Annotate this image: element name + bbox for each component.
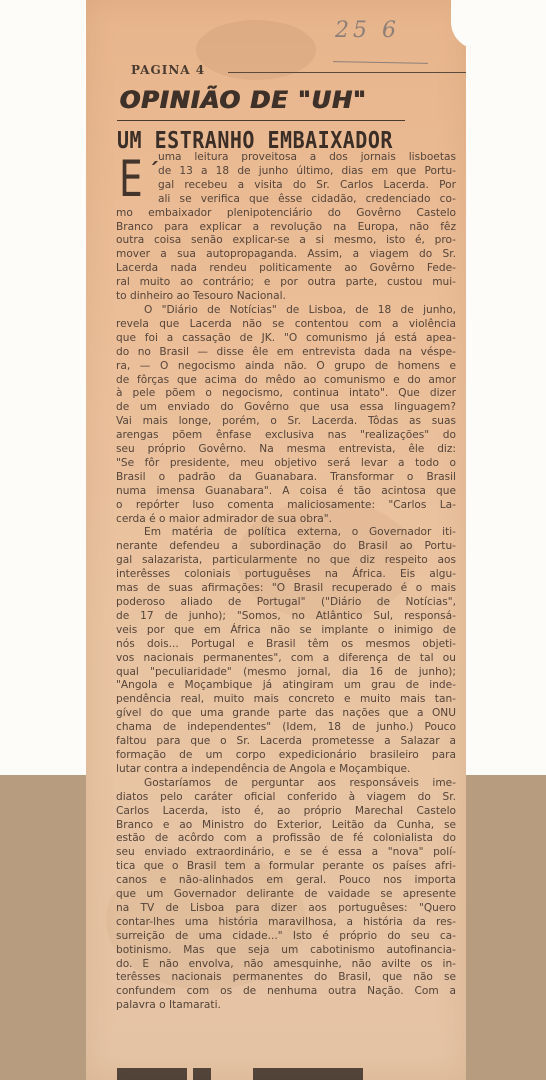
article-line: palavra o Itamarati. [116, 999, 456, 1013]
article-line: Em matéria de política externa, o Govern… [116, 526, 456, 540]
section-rule [117, 120, 405, 121]
article-line: Branco para explicar a revolução na Euro… [116, 221, 456, 235]
article-line: faltou para que o Sr. Lacerda prometesse… [116, 735, 456, 749]
article-line: ali se verifica que êsse cidadão, creden… [116, 193, 456, 207]
article-line: Branco e ao Ministro do Exterior, Leitão… [116, 819, 456, 833]
article-line: tica que o Brasil tem a formular perante… [116, 860, 456, 874]
article-line: poderoso aliado de Portugal" ("Diário de… [116, 596, 456, 610]
article-line: revela que Lacerda não se contentou com … [116, 318, 456, 332]
torn-corner [451, 0, 506, 50]
next-article-headline-cut [117, 1068, 387, 1080]
article-line: interêsses coloniais portuguêses na Áfri… [116, 568, 456, 582]
article-line: mo embaixador plenipotenciário do Govêrn… [116, 207, 456, 221]
article-line: confundem com os de nenhuma outra Nação.… [116, 985, 456, 999]
article-line: qual "peculiaridade" (mesmo jornal, dia … [116, 666, 456, 680]
article-line: gal recebeu a visita do Sr. Carlos Lacer… [116, 179, 456, 193]
article-line: que um Governador delirante de vaidade s… [116, 888, 456, 902]
article-line: vos nacionais permanentes", com a difere… [116, 652, 456, 666]
article-line: "Angola e Moçambique já atingiram um gra… [116, 679, 456, 693]
article-line: que foi a cassação de JK. "O comunismo j… [116, 332, 456, 346]
article-line: de fôrças que acima do mêdo ao comunismo… [116, 374, 456, 388]
article-line: numa imensa Guanabara". A coisa é tão ac… [116, 485, 456, 499]
article-line: Brasil o padrão da Guanabara. Transforma… [116, 471, 456, 485]
article-line: arengas põem ênfase exclusiva nas "reali… [116, 429, 456, 443]
article-line: estão de acôrdo com a profissão de fé co… [116, 832, 456, 846]
article-line: de 13 a 18 de junho último, dias em que … [116, 165, 456, 179]
article-line: na TV de Lisboa para dizer aos português… [116, 902, 456, 916]
article-line: ral muito ao contrário; e por outra part… [116, 276, 456, 290]
article-line: to dinheiro ao Tesouro Nacional. [116, 290, 456, 304]
article-line: de 17 de junho); "Somos, no Atlântico Su… [116, 610, 456, 624]
article-line: nós dois... Portugal e Brasil têm os mes… [116, 638, 456, 652]
article-headline: UM ESTRANHO EMBAIXADOR [117, 126, 393, 154]
article-line: o repórter luso comenta maliciosamente: … [116, 499, 456, 513]
article-line: nerante defendeu a subordinação do Brasi… [116, 540, 456, 554]
article-line: do no Brasil — disse êle em entrevista d… [116, 346, 456, 360]
article-line: seu próprio Govêrno. Na mesma entrevista… [116, 443, 456, 457]
article-line: Gostaríamos de perguntar aos responsávei… [116, 777, 456, 791]
article-line: chama de independentes" (Idem, 18 de jun… [116, 721, 456, 735]
article-line: de um enviado do Govêrno que usa essa li… [116, 401, 456, 415]
article-line: à pele põem o negocismo, continua intato… [116, 387, 456, 401]
article-line: mas de suas afirmações: "O Brasil recupe… [116, 582, 456, 596]
article-line: Carlos Lacerda, isto é, ao próprio Marec… [116, 805, 456, 819]
article-line: Lacerda nada rendeu politicamente ao Gov… [116, 262, 456, 276]
article-line: veis por que em África não se implante o… [116, 624, 456, 638]
article-line: uma leitura proveitosa a dos jornais lis… [116, 151, 456, 165]
article-line: do. E não envolva, não amesquinhe, não a… [116, 958, 456, 972]
article-line: cerda é o maior admirador de sua obra". [116, 513, 456, 527]
article-line: outra coisa senão explicar-se a si mesmo… [116, 234, 456, 248]
article-line: canos e não-alinhados em geral. Pouco no… [116, 874, 456, 888]
section-title: OPINIÃO DE "UH" [120, 86, 367, 114]
article-line: "Se fôr presidente, meu objetivo será le… [116, 457, 456, 471]
article-line: gal salazarista, particularmente no que … [116, 554, 456, 568]
article-line: botinismo. Mas que seja um cabotinismo a… [116, 944, 456, 958]
article-line: terêsses nacionais permanentes do Brasil… [116, 971, 456, 985]
paper-stain [196, 20, 316, 80]
article-line: gível do que uma grande parte das nações… [116, 707, 456, 721]
article-line: lutar contra a independência de Angola e… [116, 763, 456, 777]
article-line: formação de um corpo expedicionário bras… [116, 749, 456, 763]
article-line: surreição de uma cidade..." Isto é própr… [116, 930, 456, 944]
article-line: seu enviado extraordinário, e se é essa … [116, 846, 456, 860]
article-line: contar-lhes uma história maravilhosa, a … [116, 916, 456, 930]
page-rule [228, 72, 466, 73]
article-line: Vai mais longe, porém, o Sr. Lacerda. Tô… [116, 415, 456, 429]
article-line: pendência real, muito mais concreto e mu… [116, 693, 456, 707]
article-line: mover a sua autopropaganda. Assim, a via… [116, 248, 456, 262]
article-line: ra, — O negocismo ainda não. O grupo de … [116, 360, 456, 374]
article-line: diatos pelo caráter oficial conferido à … [116, 791, 456, 805]
article-body: uma leitura proveitosa a dos jornais lis… [116, 151, 456, 1013]
handwritten-date: 25 6 [335, 18, 400, 43]
article-line: O "Diário de Notícias" de Lisboa, de 18 … [116, 304, 456, 318]
page-label: PAGINA 4 [131, 63, 205, 77]
